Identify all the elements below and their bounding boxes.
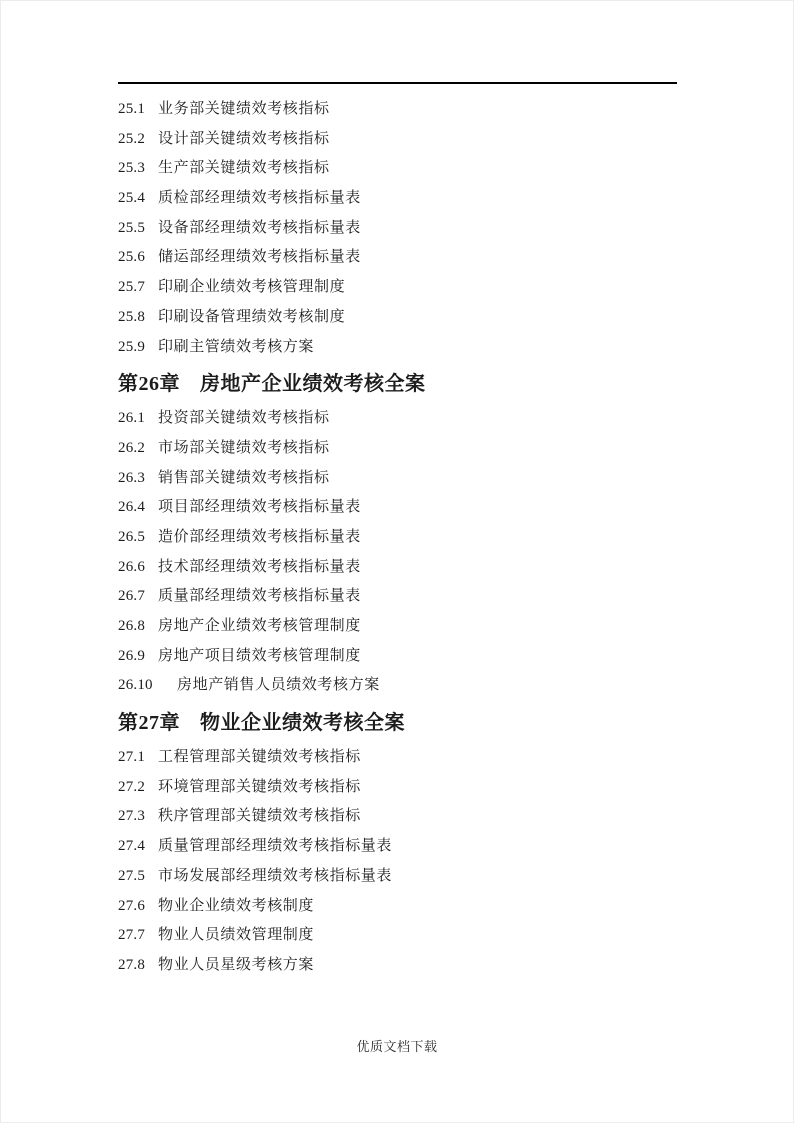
toc-item-title: 生产部关键绩效考核指标 <box>158 154 330 184</box>
toc-item: 26.6技术部经理绩效考核指标量表 <box>118 553 677 583</box>
toc-item-title: 房地产企业绩效考核管理制度 <box>158 612 361 642</box>
toc-item-number: 27.8 <box>118 951 158 981</box>
header-rule <box>118 82 677 84</box>
toc-item: 26.8房地产企业绩效考核管理制度 <box>118 612 677 642</box>
toc-item-title: 业务部关键绩效考核指标 <box>158 95 330 125</box>
toc-item-number: 25.6 <box>118 243 158 273</box>
toc-item: 25.3生产部关键绩效考核指标 <box>118 154 677 184</box>
toc-item: 26.5造价部经理绩效考核指标量表 <box>118 523 677 553</box>
toc-item-number: 27.3 <box>118 802 158 832</box>
toc-item-number: 25.2 <box>118 125 158 155</box>
toc-item-number: 25.3 <box>118 154 158 184</box>
toc-item-title: 印刷主管绩效考核方案 <box>158 333 314 363</box>
toc-item-title: 技术部经理绩效考核指标量表 <box>158 553 361 583</box>
toc-item: 25.5设备部经理绩效考核指标量表 <box>118 214 677 244</box>
toc-item: 26.4项目部经理绩效考核指标量表 <box>118 493 677 523</box>
chapter-label: 第26章 <box>118 366 180 402</box>
toc-item-number: 27.2 <box>118 773 158 803</box>
toc-item: 26.7质量部经理绩效考核指标量表 <box>118 582 677 612</box>
toc-item-title: 印刷企业绩效考核管理制度 <box>158 273 345 303</box>
toc-item-number: 27.5 <box>118 862 158 892</box>
toc-item-title: 市场发展部经理绩效考核指标量表 <box>158 862 392 892</box>
toc-item-title: 储运部经理绩效考核指标量表 <box>158 243 361 273</box>
toc-item-number: 26.5 <box>118 523 158 553</box>
toc-item-number: 27.6 <box>118 892 158 922</box>
toc-item-number: 25.8 <box>118 303 158 333</box>
toc-item: 27.2环境管理部关键绩效考核指标 <box>118 773 677 803</box>
toc-item-title: 印刷设备管理绩效考核制度 <box>158 303 345 333</box>
toc-item-number: 27.1 <box>118 743 158 773</box>
chapter-title: 物业企业绩效考核全案 <box>200 705 405 741</box>
toc-item: 27.5市场发展部经理绩效考核指标量表 <box>118 862 677 892</box>
toc-item-title: 造价部经理绩效考核指标量表 <box>158 523 361 553</box>
toc-item-title: 物业人员星级考核方案 <box>158 951 314 981</box>
toc-item: 25.9印刷主管绩效考核方案 <box>118 333 677 363</box>
toc-item-number: 26.1 <box>118 404 158 434</box>
toc-item-title: 销售部关键绩效考核指标 <box>158 464 330 494</box>
toc-item: 25.6储运部经理绩效考核指标量表 <box>118 243 677 273</box>
toc-item: 25.1业务部关键绩效考核指标 <box>118 95 677 125</box>
toc-item-number: 26.9 <box>118 642 158 672</box>
toc-item-number: 26.4 <box>118 493 158 523</box>
chapter-heading: 第26章房地产企业绩效考核全案 <box>118 366 677 402</box>
toc-item-number: 26.8 <box>118 612 158 642</box>
toc-item: 26.10房地产销售人员绩效考核方案 <box>118 671 677 701</box>
toc-item-title: 质量部经理绩效考核指标量表 <box>158 582 361 612</box>
document-page: 25.1业务部关键绩效考核指标25.2设计部关键绩效考核指标25.3生产部关键绩… <box>0 0 794 1123</box>
toc-item: 27.3秩序管理部关键绩效考核指标 <box>118 802 677 832</box>
toc-item-title: 房地产销售人员绩效考核方案 <box>177 671 380 701</box>
toc-item-title: 设备部经理绩效考核指标量表 <box>158 214 361 244</box>
toc-item: 25.8印刷设备管理绩效考核制度 <box>118 303 677 333</box>
toc-item-title: 房地产项目绩效考核管理制度 <box>158 642 361 672</box>
toc-item-number: 25.1 <box>118 95 158 125</box>
toc-item-number: 26.2 <box>118 434 158 464</box>
toc-list: 25.1业务部关键绩效考核指标25.2设计部关键绩效考核指标25.3生产部关键绩… <box>118 95 677 981</box>
toc-item-title: 投资部关键绩效考核指标 <box>158 404 330 434</box>
toc-item: 27.7物业人员绩效管理制度 <box>118 921 677 951</box>
toc-item-number: 27.7 <box>118 921 158 951</box>
toc-item-title: 物业企业绩效考核制度 <box>158 892 314 922</box>
toc-item: 27.6物业企业绩效考核制度 <box>118 892 677 922</box>
toc-item-title: 工程管理部关键绩效考核指标 <box>158 743 361 773</box>
toc-item-number: 25.4 <box>118 184 158 214</box>
toc-item-title: 项目部经理绩效考核指标量表 <box>158 493 361 523</box>
chapter-label: 第27章 <box>118 705 180 741</box>
toc-item: 25.2设计部关键绩效考核指标 <box>118 125 677 155</box>
toc-item-title: 质量管理部经理绩效考核指标量表 <box>158 832 392 862</box>
toc-item: 27.1工程管理部关键绩效考核指标 <box>118 743 677 773</box>
toc-item: 26.2市场部关键绩效考核指标 <box>118 434 677 464</box>
toc-item-number: 25.9 <box>118 333 158 363</box>
toc-item: 26.9房地产项目绩效考核管理制度 <box>118 642 677 672</box>
toc-item-number: 27.4 <box>118 832 158 862</box>
toc-item-number: 26.7 <box>118 582 158 612</box>
toc-item-number: 25.5 <box>118 214 158 244</box>
toc-item: 26.3销售部关键绩效考核指标 <box>118 464 677 494</box>
toc-item-title: 市场部关键绩效考核指标 <box>158 434 330 464</box>
chapter-heading: 第27章物业企业绩效考核全案 <box>118 705 677 741</box>
toc-item: 27.8物业人员星级考核方案 <box>118 951 677 981</box>
toc-item: 25.7印刷企业绩效考核管理制度 <box>118 273 677 303</box>
chapter-title: 房地产企业绩效考核全案 <box>200 366 426 402</box>
toc-item-title: 环境管理部关键绩效考核指标 <box>158 773 361 803</box>
toc-item-number: 26.10 <box>118 671 177 701</box>
toc-item-title: 质检部经理绩效考核指标量表 <box>158 184 361 214</box>
toc-item-title: 秩序管理部关键绩效考核指标 <box>158 802 361 832</box>
toc-item-title: 设计部关键绩效考核指标 <box>158 125 330 155</box>
page-footer: 优质文档下载 <box>0 1036 794 1055</box>
toc-item: 25.4质检部经理绩效考核指标量表 <box>118 184 677 214</box>
toc-item-number: 26.6 <box>118 553 158 583</box>
toc-item-number: 25.7 <box>118 273 158 303</box>
toc-item-number: 26.3 <box>118 464 158 494</box>
toc-item: 26.1投资部关键绩效考核指标 <box>118 404 677 434</box>
toc-item-title: 物业人员绩效管理制度 <box>158 921 314 951</box>
toc-item: 27.4质量管理部经理绩效考核指标量表 <box>118 832 677 862</box>
